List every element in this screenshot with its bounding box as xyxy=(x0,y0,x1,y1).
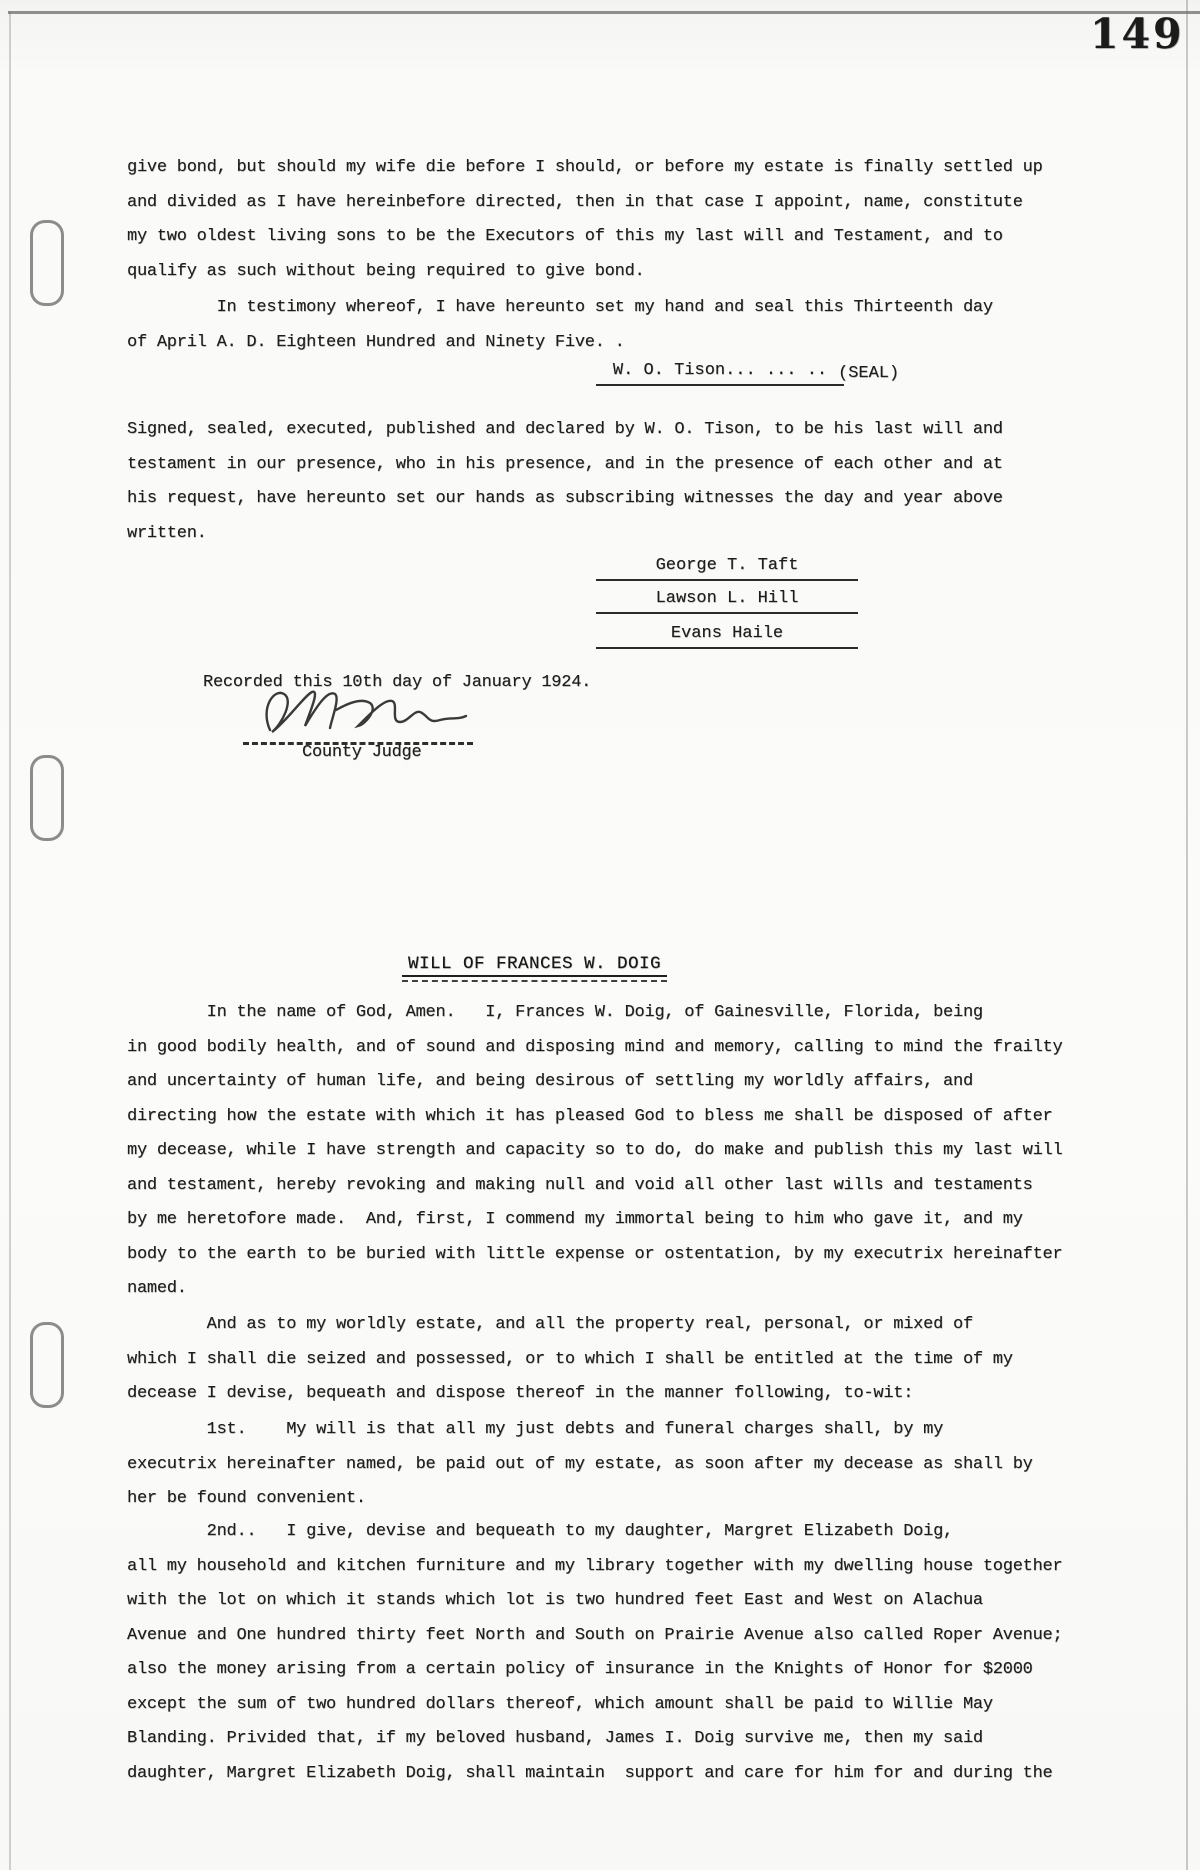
binder-hole-bottom xyxy=(30,1322,64,1408)
witness-signature-1: George T. Taft xyxy=(596,553,858,581)
binder-hole-top xyxy=(30,220,64,306)
doig-clause-1st: 1st. My will is that all my just debts a… xyxy=(127,1413,1097,1517)
doig-paragraph-1: In the name of God, Amen. I, Frances W. … xyxy=(127,996,1097,1307)
tison-testimony-paragraph: In testimony whereof, I have hereunto se… xyxy=(127,291,1087,360)
doig-clause-2nd: 2nd.. I give, devise and bequeath to my … xyxy=(127,1515,1097,1791)
scan-edge-right xyxy=(1186,0,1188,1870)
tison-closing-paragraph: give bond, but should my wife die before… xyxy=(127,151,1087,289)
witness-signature-2: Lawson L. Hill xyxy=(596,586,858,614)
tison-signature-line: W. O. Tison... ... .. xyxy=(596,358,844,386)
doig-will-heading-text: WILL OF FRANCES W. DOIG xyxy=(402,954,667,977)
binder-hole-middle xyxy=(30,755,64,841)
judge-title: County Judge xyxy=(302,736,421,771)
doig-paragraph-2: And as to my worldly estate, and all the… xyxy=(127,1308,1097,1412)
scan-edge-left xyxy=(9,11,11,1870)
tison-attestation-paragraph: Signed, sealed, executed, published and … xyxy=(127,413,1087,551)
doig-will-heading: WILL OF FRANCES W. DOIG xyxy=(402,954,667,982)
seal-label: (SEAL) xyxy=(838,364,899,383)
page-number: 149 xyxy=(1090,10,1185,58)
witness-signature-3: Evans Haile xyxy=(596,621,858,649)
page-sheet: 149 give bond, but should my wife die be… xyxy=(0,0,1200,1870)
scan-edge-top xyxy=(8,11,1200,14)
